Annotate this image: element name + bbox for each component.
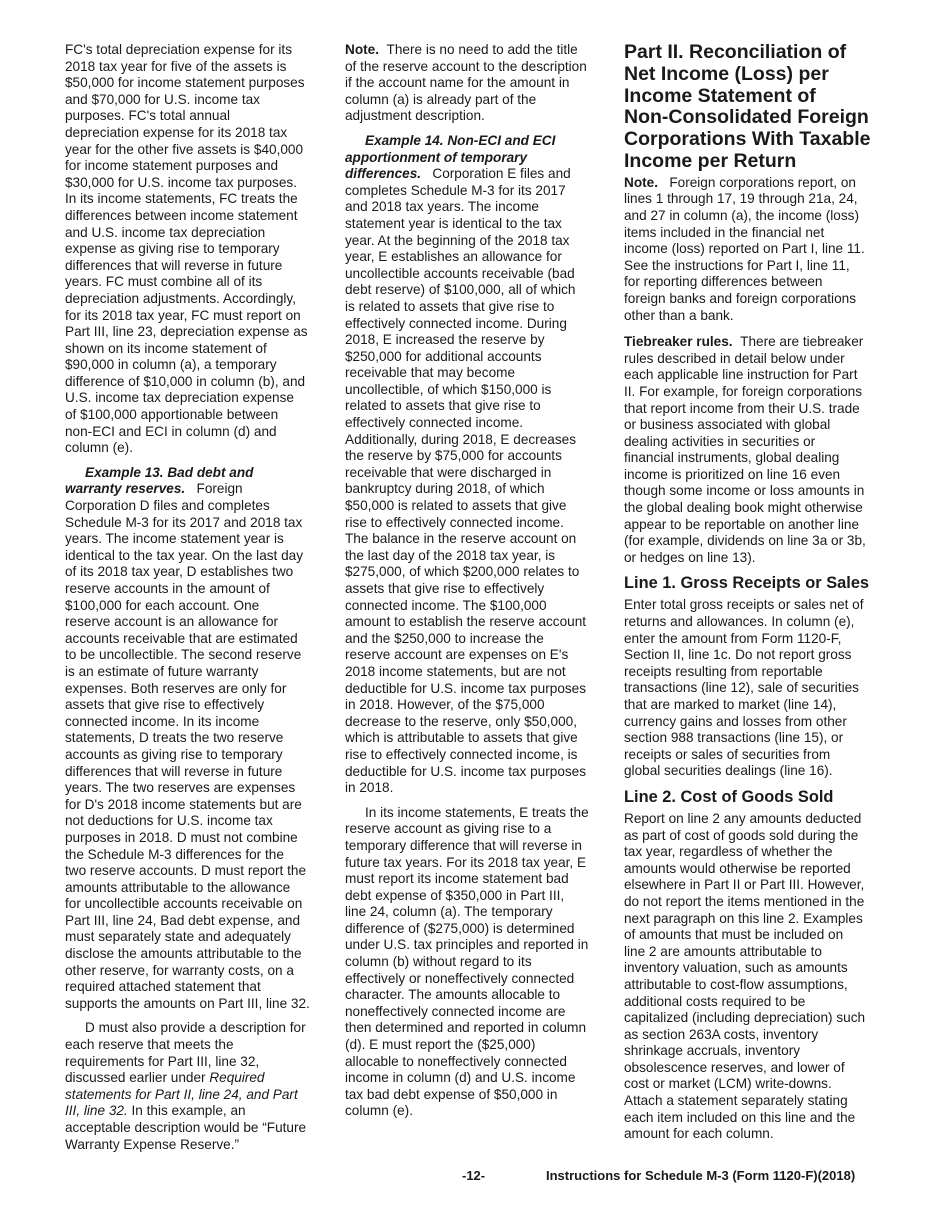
text-line: decrease to the reserve, only $50,000, — [345, 714, 615, 731]
text-line: bankruptcy during 2018, of which — [345, 481, 615, 498]
text-line: lines 1 through 17, 19 through 21a, 24, — [624, 191, 899, 208]
text-line: each applicable line instruction for Par… — [624, 367, 899, 384]
text-line: in 2018. However, of the $75,000 — [345, 697, 615, 714]
text-line: receipts or sales of securities from — [624, 747, 899, 764]
text-line: not deductions for U.S. income tax — [65, 813, 340, 830]
text-line: Corporation D files and completes — [65, 498, 340, 515]
example-14-heading: Example 14. Non-ECI and ECI — [365, 133, 555, 148]
cross-reference-cont: statements for Part II, line 24, and Par… — [65, 1087, 340, 1104]
text-line: reserve accounts in the amount of — [65, 581, 340, 598]
text-line: reserve account are expenses on E's — [345, 647, 615, 664]
text-line: Part III, line 23, depreciation expense … — [65, 324, 340, 341]
text-line: two reserve accounts. D must report the — [65, 863, 340, 880]
text-line: assets that give rise to effectively — [65, 697, 340, 714]
text-line: differences between income statement — [65, 208, 340, 225]
text-line: column (e). — [65, 440, 340, 457]
text-line: year for the other five assets is $40,00… — [65, 142, 340, 159]
part-ii-note-paragraph: Note. Foreign corporations report, on li… — [624, 175, 899, 324]
text-line: debt expense of $350,000 in Part III, — [345, 888, 615, 905]
text-line: Income per Return — [624, 151, 899, 173]
text-line: that are marked to market (line 14), — [624, 697, 899, 714]
text-line: returns and allowances. In column (e), — [624, 614, 899, 631]
text-line: effectively connected income. — [345, 415, 615, 432]
cross-reference: Required — [209, 1070, 264, 1085]
text-line: is an estimate of future warranty — [65, 664, 340, 681]
text-line: items included in the financial net — [624, 225, 899, 242]
text-line: currency gains and losses from other — [624, 714, 899, 731]
text-line: receipts resulting from reportable — [624, 664, 899, 681]
text-line: under U.S. tax principles and reported i… — [345, 937, 615, 954]
text-line: years. The two reserves are expenses — [65, 780, 340, 797]
text-line: Part III, line 24, Bad debt expense, and — [65, 913, 340, 930]
text-line: as part of cost of goods sold during the — [624, 828, 899, 845]
text-line: reserve account is an allowance for — [65, 614, 340, 631]
text-line: other reserve, for warranty costs, on a — [65, 963, 340, 980]
text-line: column (b) without regard to its — [345, 954, 615, 971]
text-line: amounts would otherwise be reported — [624, 861, 899, 878]
line-2-heading: Line 2. Cost of Goods Sold — [624, 788, 899, 807]
text-line: identical to the tax year. On the last d… — [65, 548, 340, 565]
text-line: line 24, column (a). The temporary — [345, 904, 615, 921]
text-line: connected income. The $100,000 — [345, 598, 615, 615]
text-line: income is prioritized on line 16 even — [624, 467, 899, 484]
text-line: of $100,000 apportionable between — [65, 407, 340, 424]
text-line: $30,000 for U.S. income tax purposes. — [65, 175, 340, 192]
example-14-body: completes Schedule M-3 for its 2017and 2… — [345, 183, 615, 797]
text-line: effectively connected income. During — [345, 316, 615, 333]
text-line: (for example, dividends on line 3a or 3b… — [624, 533, 899, 550]
text-line: accounts receivable that are estimated — [65, 631, 340, 648]
part-ii-heading: Part II. Reconciliation ofNet Income (Lo… — [624, 42, 899, 173]
text-line: the last day of the 2018 tax year, is — [345, 548, 615, 565]
text-line: of its 2018 tax year, D establishes two — [65, 564, 340, 581]
text-line: years. FC must combine all of its — [65, 274, 340, 291]
text-line: statements, D treats the two reserve — [65, 730, 340, 747]
text-line: do not report the items mentioned in the — [624, 894, 899, 911]
text-line: difference of $10,000 in column (b), and — [65, 374, 340, 391]
text-line: that report income from their U.S. trade — [624, 401, 899, 418]
text-line: depreciation adjustments. Accordingly, — [65, 291, 340, 308]
text-line: the reserve by $75,000 for accounts — [345, 448, 615, 465]
text-line: next paragraph on this line 2. Examples — [624, 911, 899, 928]
text-line: reserve account as giving rise to a — [345, 821, 615, 838]
text-line: Non-Consolidated Foreign — [624, 107, 899, 129]
text-line: non-ECI and ECI in column (d) and — [65, 424, 340, 441]
text-line: or business associated with global — [624, 417, 899, 434]
text-line: section 988 transactions (line 15), or — [624, 730, 899, 747]
text-line: the Schedule M-3 differences for the — [65, 847, 340, 864]
text-line: shrinkage accruals, inventory — [624, 1043, 899, 1060]
text-line: dealing activities in securities or — [624, 434, 899, 451]
example-13-body: Corporation D files and completesSchedul… — [65, 498, 340, 1012]
text-line: completes Schedule M-3 for its 2017 — [345, 183, 615, 200]
text-line: uncollectible, of which $150,000 is — [345, 382, 615, 399]
text-line: foreign banks and foreign corporations — [624, 291, 899, 308]
text-line: enter the amount from Form 1120-F, — [624, 631, 899, 648]
text-line: U.S. income tax depreciation expense — [65, 390, 340, 407]
text-line: uncollectible accounts receivable (bad — [345, 266, 615, 283]
text-line: is related to assets that give rise to — [345, 299, 615, 316]
text-line: shown on its income statement of — [65, 341, 340, 358]
reserve-description-paragraph: D must also provide a description for ea… — [65, 1020, 340, 1153]
text-line: for D's 2018 income statements but are — [65, 797, 340, 814]
text-line: supports the amounts on Part III, line 3… — [65, 996, 340, 1013]
text-line: amounts attributable to the allowance — [65, 880, 340, 897]
text-line: Net Income (Loss) per — [624, 64, 899, 86]
text-line: must report its income statement bad — [345, 871, 615, 888]
text-line: for its 2018 tax year, FC must report on — [65, 308, 340, 325]
text-line: Corporations With Taxable — [624, 129, 899, 151]
text-line: Income Statement of — [624, 86, 899, 108]
text-line: year. At the beginning of the 2018 tax — [345, 233, 615, 250]
text-line: of the reserve account to the descriptio… — [345, 59, 615, 76]
text-line: column (e). — [345, 1103, 615, 1120]
text-line: Enter total gross receipts or sales net … — [624, 597, 899, 614]
text-line: and 2018 tax years. The income — [345, 199, 615, 216]
text-line: line 2 are amounts attributable to — [624, 944, 899, 961]
text-line: cost or market (LCM) write-downs. — [624, 1076, 899, 1093]
text-line: temporary difference that will reverse i… — [345, 838, 615, 855]
text-line: required attached statement that — [65, 979, 340, 996]
text-line: deductible for U.S. income tax purposes — [345, 764, 615, 781]
text-line: transactions (line 12), sale of securiti… — [624, 680, 899, 697]
text-line: rise to effectively connected income. — [345, 515, 615, 532]
example-13-heading: Example 13. Bad debt and — [85, 465, 253, 480]
text-line: receivable that were discharged in — [345, 465, 615, 482]
text-line: must separately state and adequately — [65, 929, 340, 946]
column-2: Note. There is no need to add the title … — [345, 42, 615, 1128]
text-line: FC's total depreciation expense for its — [65, 42, 340, 59]
column-3: Part II. Reconciliation ofNet Income (Lo… — [624, 42, 899, 1151]
text-line: the global dealing book might otherwise — [624, 500, 899, 517]
text-line: elsewhere in Part II or Part III. Howeve… — [624, 877, 899, 894]
text-line: global securities dealings (line 16). — [624, 763, 899, 780]
text-line: column (a) is already part of the — [345, 92, 615, 109]
text-line: In its income statements, FC treats the — [65, 191, 340, 208]
text-line: connected income. In its income — [65, 714, 340, 731]
text-line: $90,000 in column (a), a temporary — [65, 357, 340, 374]
text-line: Additionally, during 2018, E decreases — [345, 432, 615, 449]
income-statement-treatment-paragraph: In its income statements, E treats the r… — [345, 805, 615, 1120]
text-line: character. The amounts allocable to — [345, 987, 615, 1004]
text-line: assets that give rise to effectively — [345, 581, 615, 598]
text-line: though some income or loss amounts in — [624, 483, 899, 500]
text-line: Section II, line 1c. Do not report gross — [624, 647, 899, 664]
text-line: expenses. Both reserves are only for — [65, 681, 340, 698]
example-13-heading-cont: warranty reserves. — [65, 481, 185, 496]
text-line: Schedule M-3 for its 2017 and 2018 tax — [65, 515, 340, 532]
note-label: Note. — [624, 175, 658, 190]
text-line: debt reserve) of $100,000, all of which — [345, 282, 615, 299]
text-line: allocable to noneffectively connected — [345, 1054, 615, 1071]
example-14-paragraph: Example 14. Non-ECI and ECI apportionmen… — [345, 133, 615, 797]
text-line: if the account name for the amount in — [345, 75, 615, 92]
text-line: as section 263A costs, inventory — [624, 1027, 899, 1044]
text-line: $275,000, of which $200,000 relates to — [345, 564, 615, 581]
text-line: accounts as giving rise to temporary — [65, 747, 340, 764]
text-line: See the instructions for Part I, line 11… — [624, 258, 899, 275]
line-1-heading: Line 1. Gross Receipts or Sales — [624, 574, 899, 593]
text-line: for uncollectible accounts receivable on — [65, 896, 340, 913]
text-line: $100,000 for each account. One — [65, 598, 340, 615]
text-line: additional costs required to be — [624, 994, 899, 1011]
note-label: Note. — [345, 42, 379, 57]
text-line: and $70,000 for U.S. income tax — [65, 92, 340, 109]
text-line: Report on line 2 any amounts deducted — [624, 811, 899, 828]
text-line: financial instruments, global dealing — [624, 450, 899, 467]
text-line: 2018 income statements, but are not — [345, 664, 615, 681]
text-line: appear to be reportable on another line — [624, 517, 899, 534]
text-line: 2018 tax year for five of the assets is — [65, 59, 340, 76]
text-line: II. For example, for foreign corporation… — [624, 384, 899, 401]
text-line: tax year, regardless of whether the — [624, 844, 899, 861]
text-line: future tax years. For its 2018 tax year,… — [345, 855, 615, 872]
text-line: and 27 in column (a), the income (loss) — [624, 208, 899, 225]
text-line: income in column (d) and U.S. income — [345, 1070, 615, 1087]
text-line: and the $250,000 to increase the — [345, 631, 615, 648]
text-line: and U.S. income tax depreciation — [65, 225, 340, 242]
text-line: attributable to cost-flow assumptions, — [624, 977, 899, 994]
text-line: tax bad debt expense of $50,000 in — [345, 1087, 615, 1104]
text-line: difference of ($275,000) is determined — [345, 921, 615, 938]
depreciation-example-paragraph: FC's total depreciation expense for its2… — [65, 42, 340, 457]
text-line: effectively or noneffectively connected — [345, 971, 615, 988]
text-line: year, E establishes an allowance for — [345, 249, 615, 266]
text-line: years. The income statement year is — [65, 531, 340, 548]
column-1: FC's total depreciation expense for its2… — [65, 42, 340, 1161]
text-line: amount to establish the reserve account — [345, 614, 615, 631]
tiebreaker-rules-paragraph: Tiebreaker rules. There are tiebreaker r… — [624, 334, 899, 566]
text-line: Attach a statement separately stating — [624, 1093, 899, 1110]
text-line: to be uncollectible. The second reserve — [65, 647, 340, 664]
text-line: disclose the amounts attributable to the — [65, 946, 340, 963]
text-line: (d). E must report the ($25,000) — [345, 1037, 615, 1054]
text-line: Part II. Reconciliation of — [624, 42, 899, 64]
text-line: statement year is identical to the tax — [345, 216, 615, 233]
text-line: then determined and reported in column — [345, 1020, 615, 1037]
text-line: purposes in 2018. D must not combine — [65, 830, 340, 847]
line-1-paragraph: Enter total gross receipts or sales net … — [624, 597, 899, 780]
tiebreaker-label: Tiebreaker rules. — [624, 334, 733, 349]
text-line: expense as giving rise to temporary — [65, 241, 340, 258]
text-line: rise to effectively connected income, is — [345, 747, 615, 764]
text-line: which is attributable to assets that giv… — [345, 730, 615, 747]
text-line: noneffectively connected income are — [345, 1004, 615, 1021]
text-line: amount for each column. — [624, 1126, 899, 1143]
text-line: $250,000 for additional accounts — [345, 349, 615, 366]
text-line: capitalized (including depreciation) suc… — [624, 1010, 899, 1027]
line-2-paragraph: Report on line 2 any amounts deductedas … — [624, 811, 899, 1143]
text-line: other than a bank. — [624, 308, 899, 325]
text-line: inventory valuation, such as amounts — [624, 960, 899, 977]
note-paragraph: Note. There is no need to add the title … — [345, 42, 615, 125]
text-line: rules described in detail below under — [624, 351, 899, 368]
text-line: or hedges on line 13). — [624, 550, 899, 567]
text-line: deductible for U.S. income tax purposes — [345, 681, 615, 698]
text-line: purposes. FC's total annual — [65, 108, 340, 125]
text-line: The balance in the reserve account on — [345, 531, 615, 548]
text-line: $50,000 is related to assets that give — [345, 498, 615, 515]
text-line: obsolescence reserves, and lower of — [624, 1060, 899, 1077]
text-line: in 2018. — [345, 780, 615, 797]
text-line: for income statement purposes and — [65, 158, 340, 175]
example-13-paragraph: Example 13. Bad debt and warranty reserv… — [65, 465, 340, 1013]
text-line: adjustment description. — [345, 108, 615, 125]
text-line: of amounts that must be included on — [624, 927, 899, 944]
text-line: related to assets that give rise to — [345, 398, 615, 415]
text-line: $50,000 for income statement purposes — [65, 75, 340, 92]
text-line: each item included on this line and the — [624, 1110, 899, 1127]
text-line: depreciation expense for its 2018 tax — [65, 125, 340, 142]
text-line: income (loss) reported on Part I, line 1… — [624, 241, 899, 258]
text-line: differences that will reverse in future — [65, 764, 340, 781]
text-line: differences that will reverse in future — [65, 258, 340, 275]
text-line: 2018, E increased the reserve by — [345, 332, 615, 349]
text-line: for reporting differences between — [624, 274, 899, 291]
page-number: -12- — [462, 1168, 485, 1183]
document-title-footer: Instructions for Schedule M-3 (Form 1120… — [546, 1168, 855, 1183]
text-line: receivable that may become — [345, 365, 615, 382]
